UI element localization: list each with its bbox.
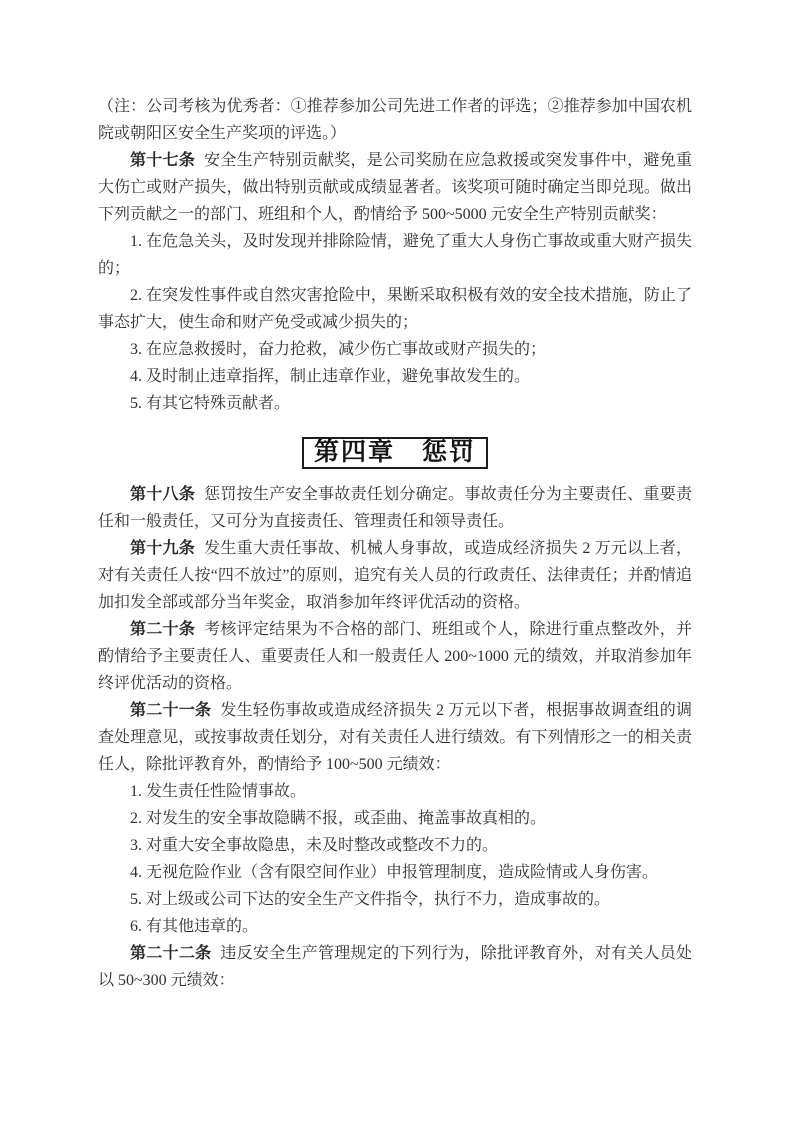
article-22-label: 第二十二条 xyxy=(130,945,211,962)
article-18-paragraph: 第十八条惩罚按生产安全事故责任划分确定。事故责任分为主要责任、重要责任和一般责任… xyxy=(98,481,692,535)
contribution-list-item: 1. 在危急关头，及时发现并排除险情，避免了重大人身伤亡事故或重大财产损失的； xyxy=(98,228,692,282)
note-paragraph: （注：公司考核为优秀者：①推荐参加公司先进工作者的评选；②推荐参加中国农机院或朝… xyxy=(98,93,692,147)
contribution-list-item: 4. 及时制止违章指挥，制止违章作业，避免事故发生的。 xyxy=(98,363,692,390)
penalty-list-item: 6. 有其他违章的。 xyxy=(98,913,692,940)
penalty-list-item: 4. 无视危险作业（含有限空间作业）申报管理制度，造成险情或人身伤害。 xyxy=(98,859,692,886)
chapter-heading: 第四章 惩罚 xyxy=(98,437,692,469)
article-20-paragraph: 第二十条考核评定结果为不合格的部门、班组或个人，除进行重点整改外，并酌情给予主要… xyxy=(98,616,692,697)
penalty-list-item: 2. 对发生的安全事故隐瞒不报，或歪曲、掩盖事故真相的。 xyxy=(98,805,692,832)
article-18-label: 第十八条 xyxy=(130,486,195,503)
penalty-list-item: 3. 对重大安全事故隐患，未及时整改或整改不力的。 xyxy=(98,832,692,859)
document-page: （注：公司考核为优秀者：①推荐参加公司先进工作者的评选；②推荐参加中国农机院或朝… xyxy=(0,0,793,1122)
contribution-list-item: 5. 有其它特殊贡献者。 xyxy=(98,390,692,417)
penalty-list-item: 5. 对上级或公司下达的安全生产文件指令，执行不力，造成事故的。 xyxy=(98,886,692,913)
article-17-paragraph: 第十七条安全生产特别贡献奖，是公司奖励在应急救援或突发事件中，避免重大伤亡或财产… xyxy=(98,147,692,228)
document-content: （注：公司考核为优秀者：①推荐参加公司先进工作者的评选；②推荐参加中国农机院或朝… xyxy=(98,93,692,994)
penalty-list-item: 1. 发生责任性险情事故。 xyxy=(98,778,692,805)
article-21-paragraph: 第二十一条发生轻伤事故或造成经济损失 2 万元以下者，根据事故调查组的调查处理意… xyxy=(98,697,692,778)
article-21-label: 第二十一条 xyxy=(130,702,211,719)
article-22-paragraph: 第二十二条违反安全生产管理规定的下列行为，除批评教育外，对有关人员处以 50~3… xyxy=(98,940,692,994)
chapter-heading-box: 第四章 惩罚 xyxy=(302,437,488,469)
contribution-list-item: 2. 在突发性事件或自然灾害抢险中，果断采取积极有效的安全技术措施，防止了事态扩… xyxy=(98,282,692,336)
article-19-label: 第十九条 xyxy=(130,540,195,557)
article-17-label: 第十七条 xyxy=(130,152,195,169)
contribution-list-item: 3. 在应急救援时，奋力抢救，减少伤亡事故或财产损失的； xyxy=(98,336,692,363)
article-19-paragraph: 第十九条发生重大责任事故、机械人身事故，或造成经济损失 2 万元以上者，对有关责… xyxy=(98,535,692,616)
article-20-label: 第二十条 xyxy=(130,621,195,638)
